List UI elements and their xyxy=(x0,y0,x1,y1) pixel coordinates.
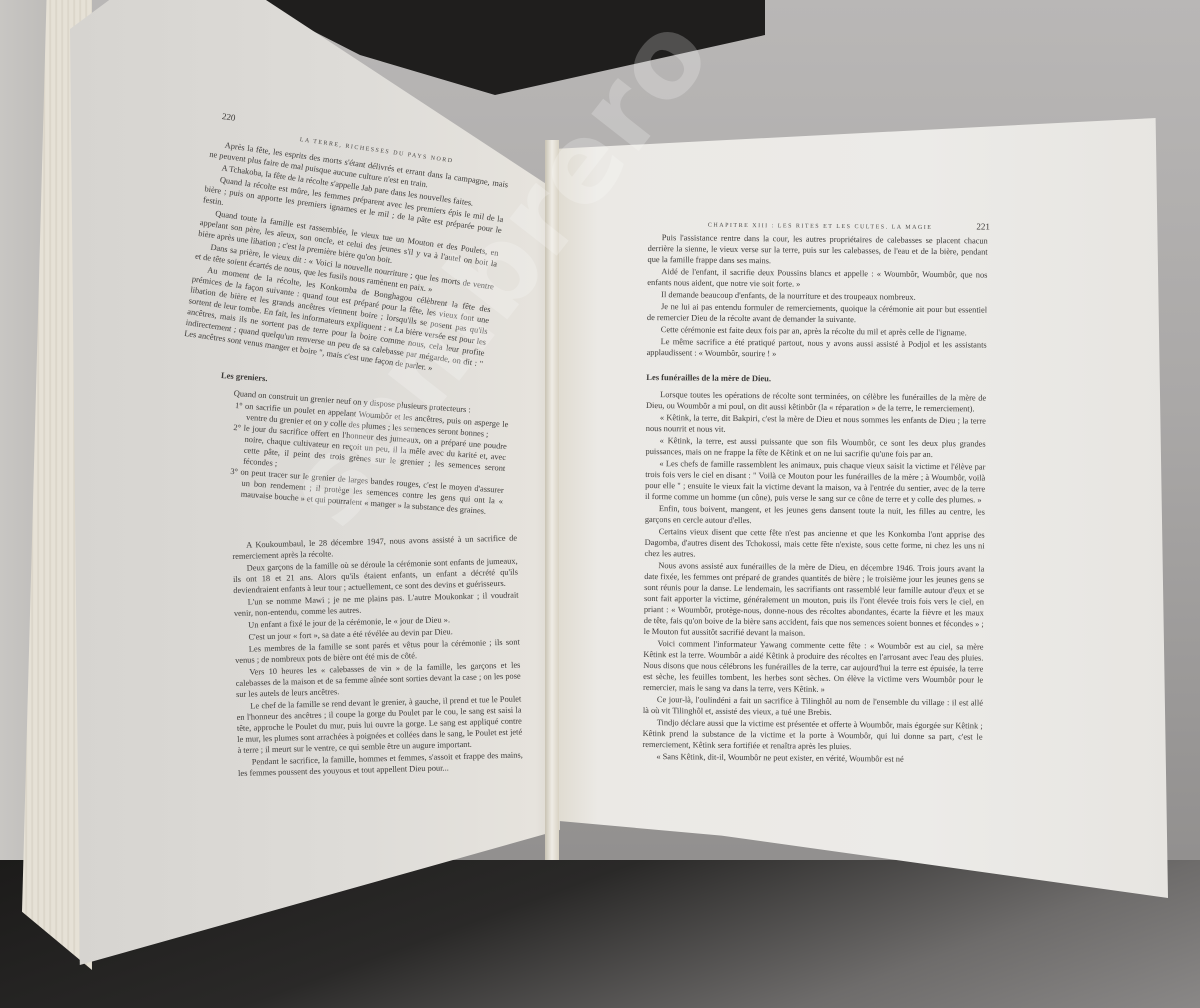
left-page-closing: A Koukoumbaul, le 28 décembre 1947, nous… xyxy=(232,533,523,780)
paragraph: Tindjo déclare aussi que la victime est … xyxy=(642,717,982,754)
paragraph: « Sans Kêtink, dit-il, Woumbôr ne peut e… xyxy=(642,751,982,766)
left-page-text: LA TERRE, RICHESSES DU PAYS NORD Après l… xyxy=(183,115,512,382)
paragraph: Le même sacrifice a été pratiqué partout… xyxy=(647,336,987,362)
right-page-text: CHAPITRE XIII : LES RITES ET LES CULTES.… xyxy=(642,218,988,767)
list-marker: 1° xyxy=(235,401,243,411)
paragraph: Puis l'assistance rentre dans la cour, l… xyxy=(648,232,988,269)
paragraph: Je ne lui ai pas entendu formuler de rem… xyxy=(647,301,987,327)
paragraph: Aidé de l'enfant, il sacrifie deux Pouss… xyxy=(647,266,987,292)
paragraph: Le chef de la famille se rend devant le … xyxy=(236,693,522,755)
paragraph: Lorsque toutes les opérations de récolte… xyxy=(646,389,986,415)
paragraph: « Les chefs de famille rassemblent les a… xyxy=(645,458,985,506)
book-gutter xyxy=(545,140,559,860)
paragraph: « Kêtink, la terre, est aussi puissante … xyxy=(645,435,985,461)
paragraph: Certains vieux disent que cette fête n'e… xyxy=(644,526,984,563)
paragraph: Nous avons assisté aux funérailles de la… xyxy=(644,560,985,641)
paragraph: Enfin, tous boivent, mangent, et les jeu… xyxy=(645,503,985,529)
paragraph: « Kêtink, la terre, dit Bakpiri, c'est l… xyxy=(646,412,986,438)
right-page-number: 221 xyxy=(976,221,990,232)
list-marker: 2° xyxy=(233,423,241,433)
right-running-head: CHAPITRE XIII : LES RITES ET LES CULTES.… xyxy=(708,221,933,234)
section-title-funerailles: Les funérailles de la mère de Dieu. xyxy=(646,372,986,387)
left-page-section: Les greniers. Quand on construit un gren… xyxy=(213,362,512,518)
paragraph: Ce jour-là, l'oulindéni a fait un sacrif… xyxy=(643,694,983,720)
list-marker: 3° xyxy=(230,467,238,477)
paragraph: Voici comment l'informateur Yawang comme… xyxy=(643,638,984,697)
